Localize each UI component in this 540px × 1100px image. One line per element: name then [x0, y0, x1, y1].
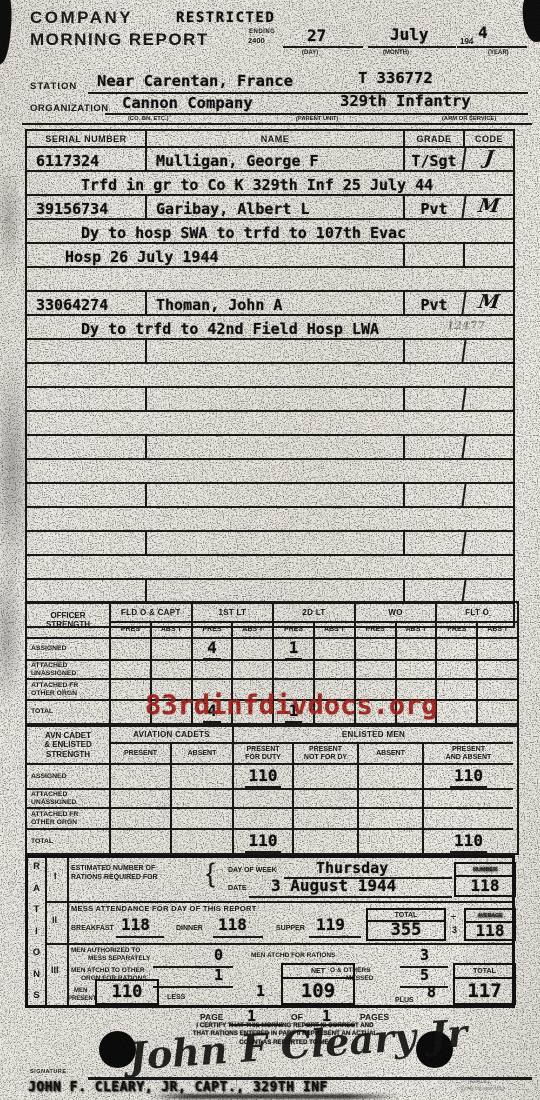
form-title-line2: MORNING REPORT — [30, 31, 209, 48]
serial-number: 6117324 — [27, 148, 145, 170]
average-value: 118 — [466, 923, 514, 939]
serial-number: 33064274 — [27, 292, 145, 314]
enlisted-row-label: ATTACHED UNASSIGNED — [27, 788, 109, 807]
roster-entry-row — [27, 484, 513, 508]
soldier-name — [145, 532, 403, 554]
serial-number: 39156734 — [27, 196, 145, 218]
rations-total-label: TOTAL — [455, 965, 514, 979]
rations-hline-2 — [45, 943, 512, 945]
rations-side-letter: A — [29, 884, 44, 894]
aviation-cadets-header: AVIATION CADETS — [109, 727, 232, 742]
supper-label: SUPPER — [276, 925, 305, 932]
scan-smudge-bottom — [150, 1094, 400, 1099]
day-of-week-value: Thursday — [316, 861, 388, 876]
enlisted-sub-header: PRESENT FOR DUTY — [232, 742, 292, 763]
supper-value: 119 — [316, 917, 345, 933]
day-underline — [283, 46, 363, 48]
remark-text — [27, 556, 513, 578]
officer-sub-header: ABS'T — [150, 621, 191, 637]
roster-remark-row: Dy to hosp SWA to trfd to 107th Evac — [27, 220, 513, 244]
breakfast-value: 118 — [121, 917, 150, 933]
officer-group-header: FLD O & CAPT — [109, 603, 191, 621]
enlisted-value-cell: 110 — [232, 828, 292, 853]
scan-artifact-top-left — [0, 0, 14, 65]
enlisted-value-cell — [357, 828, 422, 853]
average-box: AVERAGE 118 — [464, 908, 516, 941]
enlisted-value-cell — [109, 788, 170, 807]
of-label: OF — [291, 1013, 303, 1022]
year-underline — [457, 46, 527, 48]
enlisted-value-cell — [292, 763, 357, 788]
enlisted-value-cell — [422, 788, 513, 807]
officer-sub-header: ABS'T — [395, 621, 436, 637]
soldier-name — [145, 388, 403, 410]
grade-value — [403, 580, 463, 602]
date-underline — [249, 896, 452, 898]
enlisted-value-cell — [170, 807, 232, 828]
men-present-value: 110 — [97, 981, 157, 1003]
net-label: NET — [283, 965, 353, 979]
enlisted-row-label: TOTAL — [27, 828, 109, 853]
roster-remark-row — [27, 364, 513, 388]
grade-cell — [403, 244, 463, 266]
enlisted-strength-table: AVN CADET & ENLISTED STRENGTHAVIATION CA… — [25, 725, 519, 855]
enlisted-value-cell: 110 — [232, 763, 292, 788]
soldier-name — [145, 580, 403, 602]
officer-sub-header: PRES — [354, 621, 395, 637]
dinner-label: DINNER — [176, 925, 203, 932]
serial-number — [27, 340, 145, 362]
roster-remark-row — [27, 412, 513, 436]
soldier-name — [145, 436, 403, 458]
enlisted-value-cell — [170, 788, 232, 807]
enlisted-value-cell — [170, 828, 232, 853]
code-value: M — [461, 292, 514, 314]
grade-value — [403, 436, 463, 458]
enlisted-value-cell — [357, 788, 422, 807]
officer-group-header: 1ST LT — [191, 603, 273, 621]
less-value: 1 — [256, 984, 265, 999]
co-note: (CO. BN. ETC.) — [128, 117, 169, 123]
enlisted-sub-header: PRESENT — [109, 742, 170, 763]
code-value: J — [461, 148, 514, 170]
enlisted-men-header: ENLISTED MEN — [232, 727, 513, 742]
atchd-rations-value: 3 — [420, 948, 429, 963]
officer-group-header: 2D LT — [272, 603, 354, 621]
roster-entry-row — [27, 340, 513, 364]
messed-underline — [400, 986, 448, 988]
date-value: 3 August 1944 — [271, 878, 396, 894]
officer-value-cell — [150, 637, 191, 659]
officer-sub-header: PRES — [191, 621, 232, 637]
enlisted-value-cell: 110 — [422, 763, 513, 788]
enlisted-row-label: ATTACHED FR OTHER ORGN — [27, 807, 109, 828]
serial-number — [27, 436, 145, 458]
organization-value: Cannon Company — [122, 96, 253, 112]
strength-number: 110 — [450, 831, 487, 853]
men-present-box: 110 — [95, 979, 159, 1005]
parent-unit-value: 329th Infantry — [340, 94, 471, 110]
officer-value-cell — [231, 659, 272, 678]
roster-entry-row — [27, 436, 513, 460]
men-present-label-2: PRESENT — [68, 996, 96, 1002]
rations-hline-1 — [45, 901, 512, 903]
rations-side-label: RATIONS — [29, 862, 44, 1001]
code-value — [461, 388, 514, 410]
officer-sub-header: ABS'T — [476, 621, 517, 637]
enlisted-value-cell — [109, 807, 170, 828]
year-note: (YEAR) — [488, 50, 509, 56]
enlisted-value-cell — [422, 807, 513, 828]
remark-text: Dy to trfd to 42nd Field Hosp LWA — [27, 316, 513, 338]
officer-sub-header: PRES — [272, 621, 313, 637]
net-value: 109 — [283, 979, 353, 1003]
grade-value: Pvt — [403, 292, 463, 314]
rations-total-value: 117 — [455, 979, 514, 1003]
officer-row-label: ATTACHED FR OTHER ORGN — [27, 678, 109, 699]
entry-span-text: Hosp 26 July 1944 — [27, 244, 403, 266]
serial-number — [27, 484, 145, 506]
brace: { — [206, 860, 215, 887]
roster-entry-row: Hosp 26 July 1944 — [27, 244, 513, 268]
officer-value-cell — [395, 637, 436, 659]
double-rule-top — [22, 123, 532, 125]
roster-remark-row — [27, 556, 513, 580]
strength-number: 110 — [245, 831, 282, 853]
rations-total-box: TOTAL 117 — [453, 963, 516, 1005]
officer-value-cell — [109, 699, 150, 723]
roster-entry-row: 39156734Garibay, Albert LPvtM — [27, 196, 513, 220]
officer-value-cell — [435, 699, 476, 723]
breakfast-underline — [116, 936, 164, 938]
classification-stamp: RESTRICTED — [176, 11, 275, 25]
report-day-value: 27 — [307, 28, 326, 44]
grade-note: (GRADE) — [468, 1080, 489, 1085]
rations-section: RATIONS I II III ESTIMATED NUMBER OF RAT… — [25, 855, 515, 1008]
officer-value-cell — [150, 659, 191, 678]
other-underline — [153, 986, 233, 988]
enlisted-value-cell — [109, 763, 170, 788]
remark-text — [27, 268, 513, 290]
officer-row-label: ASSIGNED — [27, 637, 109, 659]
scan-artifact-top-right — [520, 0, 540, 43]
roster-entry-row: 6117324Mulligan, George FT/SgtJ — [27, 148, 513, 172]
scan-blotch — [0, 160, 24, 280]
rations-side-letter: R — [29, 862, 44, 872]
soldier-name — [145, 484, 403, 506]
grade-value: T/Sgt — [403, 148, 463, 170]
day-note: (DAY) — [302, 50, 318, 56]
section1-numeral: I — [54, 872, 57, 881]
soldier-name: Garibay, Albert L — [145, 196, 403, 218]
number-value: 118 — [456, 877, 514, 895]
officer-value-cell — [476, 678, 517, 699]
officer-value-cell — [476, 699, 517, 723]
roster-header-row: SERIAL NUMBERNAMEGRADECODE — [27, 131, 513, 148]
roster-header-grade: GRADE — [403, 131, 463, 146]
grade-value — [403, 532, 463, 554]
officer-sub-header: PRES — [435, 621, 476, 637]
remark-text — [27, 508, 513, 530]
arm-service-note: (ARM OR SERVICE) — [442, 117, 496, 123]
rations-side-letter: I — [29, 927, 44, 937]
plus-label: PLUS — [395, 997, 414, 1004]
station-value: Near Carentan, France — [97, 74, 293, 90]
officer-value-cell — [354, 637, 395, 659]
grade-value: Pvt — [403, 196, 463, 218]
form-title-line1: COMPANY — [30, 9, 133, 26]
roster-remark-row — [27, 460, 513, 484]
organization-label: ORGANIZATION — [30, 104, 109, 114]
roster-remark-row — [27, 268, 513, 292]
officer-group-header: WO — [354, 603, 436, 621]
ending-time: 2400 — [248, 37, 265, 45]
roster-entry-row: 33064274Thoman, John APvtM — [27, 292, 513, 316]
officer-sub-header: ABS'T — [231, 621, 272, 637]
officer-value-cell — [231, 637, 272, 659]
remark-text — [27, 412, 513, 434]
enlisted-value-cell — [292, 807, 357, 828]
enlisted-value-cell — [109, 828, 170, 853]
men-present-label-1: MEN — [74, 988, 87, 994]
officer-sub-header: ABS'T — [313, 621, 354, 637]
remark-text: Dy to hosp SWA to trfd to 107th Evac — [27, 220, 513, 242]
officer-value-cell: 4 — [191, 637, 232, 659]
breakfast-label: BREAKFAST — [71, 925, 114, 932]
roster-remark-row: Dy to trfd to 42nd Field Hosp LWA12477 — [27, 316, 513, 340]
code-value: M — [461, 196, 514, 218]
auth-mess-label-1: MEN AUTHORIZED TO — [71, 948, 140, 955]
grade-value — [403, 340, 463, 362]
code-cell — [463, 244, 513, 266]
organization-underline — [105, 113, 528, 115]
officer-value-cell — [272, 659, 313, 678]
auth-mess-value: 0 — [214, 948, 223, 963]
dinner-value: 118 — [218, 917, 247, 933]
atchd-other-value: 1 — [214, 968, 223, 983]
roster-entry-row — [27, 532, 513, 556]
officer-group-header: FLT O — [435, 603, 517, 621]
mess-attendance-title: MESS ATTENDANCE FOR DAY OF THIS REPORT — [71, 905, 257, 913]
officer-value-cell — [191, 659, 232, 678]
roster-remark-row — [27, 508, 513, 532]
roster-header-serial: SERIAL NUMBER — [27, 131, 145, 146]
year-prefix: 194 — [460, 38, 473, 46]
officer-row-label: ATTACHED UNASSIGNED — [27, 659, 109, 678]
ending-label: ENDING — [249, 29, 275, 35]
roster-table: SERIAL NUMBERNAMEGRADECODE6117324Mulliga… — [25, 129, 515, 628]
atchd-other-label-1: MEN ATCHD TO OTHER — [71, 968, 145, 975]
less-label: LESS — [167, 994, 185, 1001]
grade-value — [403, 484, 463, 506]
supper-underline — [309, 936, 361, 938]
auth-mess-label-2: MESS SEPARATELY — [88, 956, 150, 963]
report-year-value: 4 — [478, 25, 488, 41]
officer-value-cell — [109, 678, 150, 699]
enlisted-sub-header: PRESENT NOT FOR DY — [292, 742, 357, 763]
grade-value — [403, 388, 463, 410]
arm-note-footer: (ARM OR SERVICE) — [462, 1087, 504, 1092]
station-label: STATION — [30, 82, 77, 92]
enlisted-value-cell — [292, 788, 357, 807]
report-month-value: July — [390, 27, 429, 43]
month-underline — [368, 46, 456, 48]
officer-value-cell — [109, 637, 150, 659]
mess-total-box: TOTAL 355 — [366, 908, 446, 941]
enlisted-strength-title: AVN CADET & ENLISTED STRENGTH — [27, 727, 109, 763]
officer-strength-title: OFFICER STRENGTH — [27, 603, 109, 637]
officer-value-cell — [435, 678, 476, 699]
strength-number: 4 — [203, 638, 221, 659]
serial-number — [27, 532, 145, 554]
officer-value-cell — [435, 659, 476, 678]
code-value — [461, 436, 514, 458]
code-value — [461, 532, 514, 554]
officer-sub-header: PRES — [109, 621, 150, 637]
roster-header-name: NAME — [145, 131, 403, 146]
code-value — [461, 580, 514, 602]
divide-by: 3 — [452, 926, 457, 935]
date-label: DATE — [228, 885, 247, 892]
officer-value-cell: 1 — [272, 637, 313, 659]
strength-number: 110 — [245, 766, 282, 788]
enlisted-row-label: ASSIGNED — [27, 763, 109, 788]
enlisted-sub-header: PRESENT AND ABSENT — [422, 742, 513, 763]
estimated-label-2: RATIONS REQUIRED FOR — [71, 874, 158, 881]
rations-divider-2 — [67, 858, 69, 1005]
officer-value-cell — [313, 637, 354, 659]
officer-value-cell — [313, 659, 354, 678]
enlisted-sub-header: ABSENT — [170, 742, 232, 763]
parent-unit-note: (PARENT UNIT) — [296, 117, 338, 123]
morning-report-document: COMPANY MORNING REPORT RESTRICTED ENDING… — [0, 0, 540, 1100]
officer-value-cell — [395, 659, 436, 678]
enlisted-value-cell — [357, 807, 422, 828]
others-messed-value: 5 — [420, 968, 429, 983]
serial-number — [27, 580, 145, 602]
officer-value-cell — [435, 637, 476, 659]
atchd-rations-label: MEN ATCHD FOR RATIONS — [251, 953, 335, 960]
marginal-note: 12477 — [447, 319, 485, 332]
serial-number — [27, 388, 145, 410]
scan-blotch — [0, 560, 24, 710]
officer-value-cell — [354, 659, 395, 678]
officer-value-cell — [109, 659, 150, 678]
station-coordinates: T 336772 — [358, 71, 433, 87]
enlisted-value-cell — [232, 807, 292, 828]
rations-side-letter: O — [29, 948, 44, 958]
typed-name-line: JOHN F. CLEARY, JR, CAPT., 329TH INF — [28, 1081, 328, 1094]
section3-numeral: III — [51, 966, 59, 975]
enlisted-value-cell — [357, 763, 422, 788]
soldier-name: Mulligan, George F — [145, 148, 403, 170]
strength-number: 1 — [285, 638, 303, 659]
mess-total-value: 355 — [368, 922, 444, 939]
page-label: PAGE — [200, 1013, 223, 1022]
enlisted-value-cell: 110 — [422, 828, 513, 853]
number-box: NUMBER 118 — [454, 862, 516, 897]
plus-value: 8 — [427, 985, 436, 1000]
month-note: (MONTH) — [383, 50, 409, 56]
remark-text: Trfd in gr to Co K 329th Inf 25 July 44 — [27, 172, 513, 194]
remark-text — [27, 460, 513, 482]
watermark: 83rdinfdivdocs.org — [145, 690, 438, 721]
officer-value-cell — [476, 659, 517, 678]
code-value — [461, 484, 514, 506]
day-of-week-label: DAY OF WEEK — [228, 867, 277, 874]
rations-divider-1 — [45, 858, 47, 1005]
roster-entry-row — [27, 388, 513, 412]
enlisted-value-cell — [292, 828, 357, 853]
roster-header-code: CODE — [463, 131, 513, 146]
rations-side-letter: N — [29, 970, 44, 980]
signature-label: SIGNATURE — [30, 1070, 66, 1076]
dinner-underline — [213, 936, 263, 938]
officer-value-cell — [476, 637, 517, 659]
officer-row-label: TOTAL — [27, 699, 109, 723]
enlisted-value-cell — [170, 763, 232, 788]
code-value — [461, 340, 514, 362]
roster-remark-row: Trfd in gr to Co K 329th Inf 25 July 44 — [27, 172, 513, 196]
soldier-name: Thoman, John A — [145, 292, 403, 314]
enlisted-value-cell — [232, 788, 292, 807]
rations-side-letter: T — [29, 905, 44, 915]
enlisted-sub-header: ABSENT — [357, 742, 422, 763]
divide-sign: ÷ — [451, 913, 456, 922]
remark-text — [27, 364, 513, 386]
soldier-name — [145, 340, 403, 362]
net-box: NET 109 — [281, 963, 355, 1005]
strength-number: 110 — [450, 766, 487, 788]
estimated-label-1: ESTIMATED NUMBER OF — [71, 865, 155, 872]
section2-numeral: II — [52, 916, 57, 925]
rations-side-letter: S — [29, 991, 44, 1001]
